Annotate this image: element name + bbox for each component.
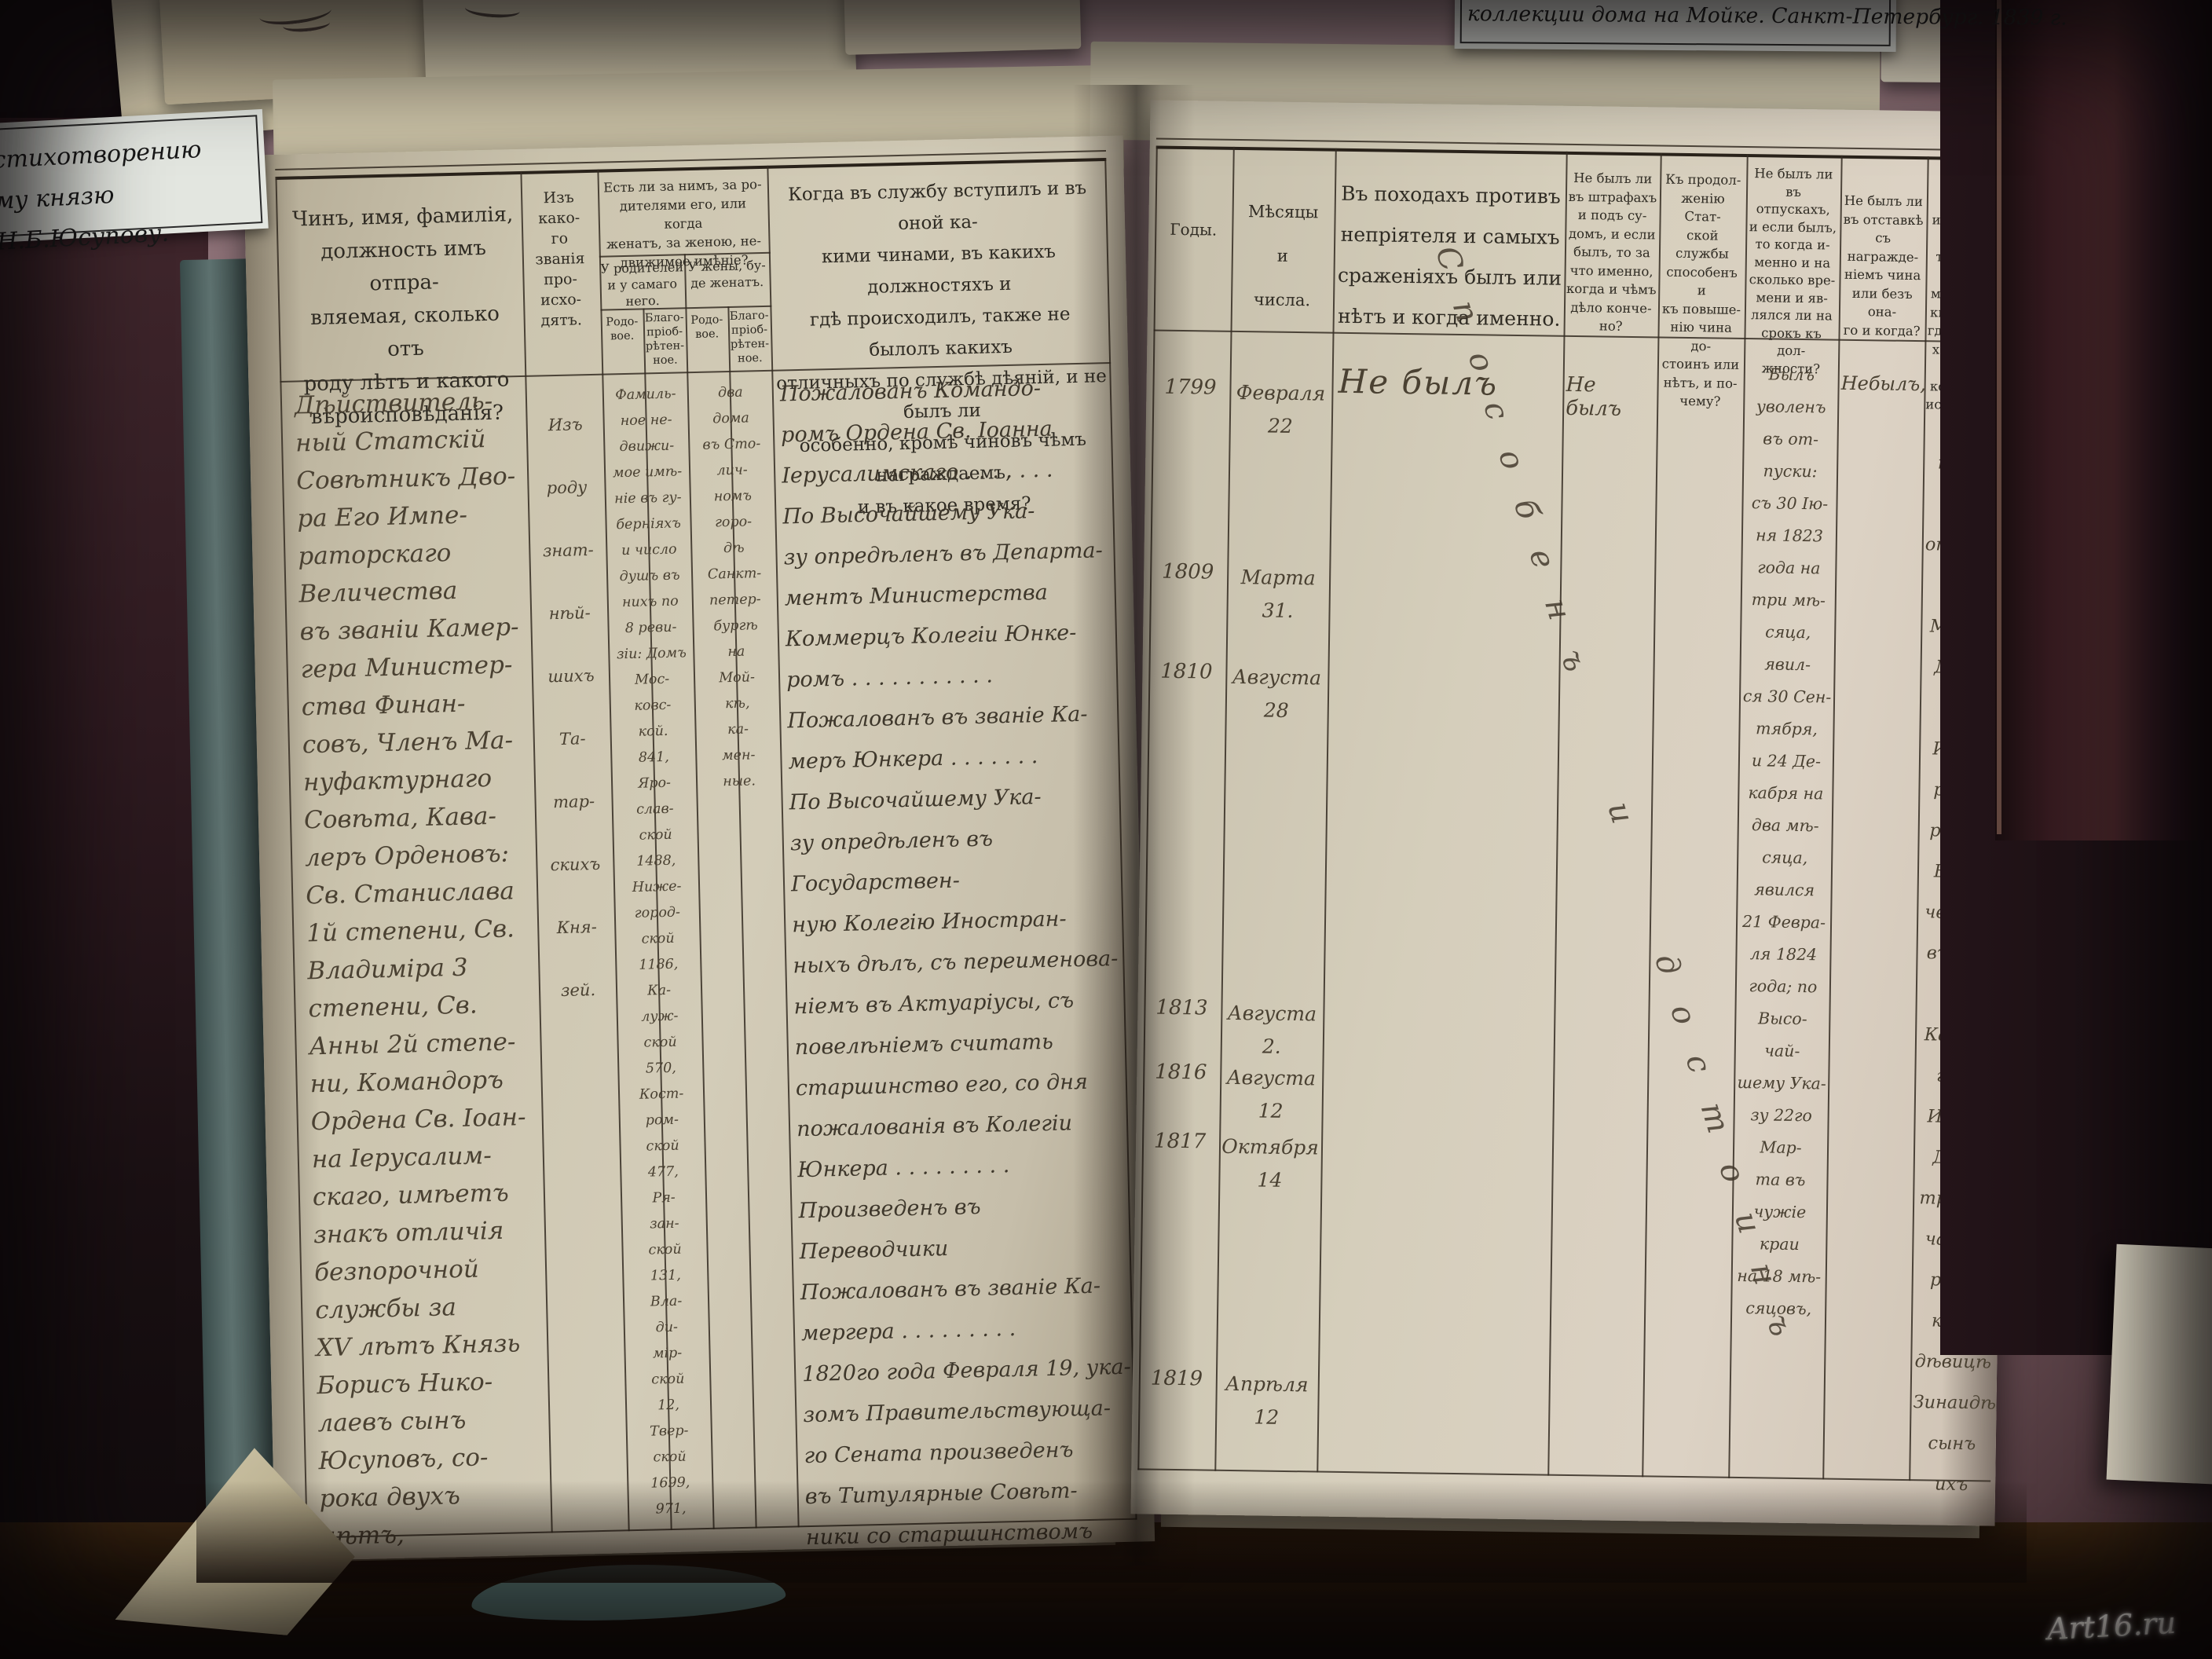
header-fines: Не былъ ли въ штрафахъ и подъ су- домъ, … <box>1565 169 1658 336</box>
table-rule <box>1547 152 1568 1476</box>
white-card <box>2107 1244 2212 1486</box>
header-rodovoe: Родо- вое. <box>686 313 729 342</box>
header-retirement: Не былъ ли въ отставкѣ съ награжде- ніем… <box>1840 192 1925 340</box>
entry-origin: Изъ роду знат- нѣй- шихъ Та- тар- скихъ … <box>529 393 615 1023</box>
leather-book-spine <box>1995 0 2212 840</box>
museum-photo: Чинъ, имя, фамилія, должность имъ отпра-… <box>0 0 2212 1659</box>
date-month-day: Августа 2. <box>1221 997 1324 1064</box>
table-rule <box>1214 147 1235 1471</box>
right-page: Годы. Мѣсяцы и числа. Въ походахъ против… <box>1130 100 2014 1525</box>
book-spine-highlight <box>1997 0 2001 834</box>
entry-leaves: Былъ уволенъ въ от- пуски: съ 30 Ію- ня … <box>1734 358 1837 1325</box>
header-months: Мѣсяцы и числа. <box>1231 189 1335 323</box>
table-rule <box>1137 1468 1990 1481</box>
museum-label-top-right: коллекции дома на Мойке. Санкт-Петербург… <box>1455 0 1897 52</box>
loose-paper <box>844 0 1082 55</box>
header-origin: Изъ како- го званія про- исхо- дятъ. <box>521 187 599 331</box>
left-page: Чинъ, имя, фамилія, должность имъ отпра-… <box>244 136 1155 1562</box>
table-rule <box>1317 148 1337 1473</box>
header-rodovoe: Родо- вое. <box>601 314 644 343</box>
label-line: му князю Н.Б.Юсупову. <box>0 167 265 263</box>
header-estate-parents: У родителей и у самаго него. <box>599 258 685 309</box>
book-gutter-shadow <box>1073 85 1195 1566</box>
entry-fines: Не былъ <box>1566 373 1654 422</box>
date-month-day: Апрѣля 12 <box>1215 1368 1318 1435</box>
date-month-day: Февраля 22 <box>1229 376 1332 444</box>
header-leaves: Не былъ ли въ отпускахъ, и если былъ, то… <box>1745 165 1840 379</box>
date-month-day: Августа 12 <box>1219 1061 1322 1129</box>
entry-rank-name: Дѣйствитель- ный Статскій Совѣтникъ Дво-… <box>295 382 554 1555</box>
label-text: коллекции дома на Мойке. Санкт-Петербург… <box>1467 2 1892 29</box>
header-blago: Благо- пріоб- рѣтен- ное. <box>643 310 687 368</box>
date-month-day: Октября 14 <box>1218 1130 1321 1198</box>
header-estate-wife: У жены, бу- де женатъ. <box>684 257 770 291</box>
book-bottom-shadow <box>196 1481 2027 1583</box>
museum-label-top-left: стихотворению му князю Н.Б.Юсупову. <box>0 109 269 243</box>
header-blago: Благо- пріоб- рѣтен- ное. <box>727 309 771 366</box>
date-month-day: Августа 28 <box>1225 661 1328 728</box>
entry-estate-blago: два дома въ Сто- лич- номъ горо- дѣ Санк… <box>689 379 782 796</box>
label-text: стихотворению му князю Н.Б.Юсупову. <box>0 126 265 263</box>
date-month-day: Марта 31. <box>1226 561 1329 628</box>
entry-retirement: Небылъ, <box>1840 372 1922 395</box>
watermark: Art16.ru <box>2046 1606 2177 1647</box>
header-fitness: Къ продол- женію Стат- ской службы спосо… <box>1658 170 1745 412</box>
entry-campaigns: Не былъ <box>1338 362 1562 404</box>
